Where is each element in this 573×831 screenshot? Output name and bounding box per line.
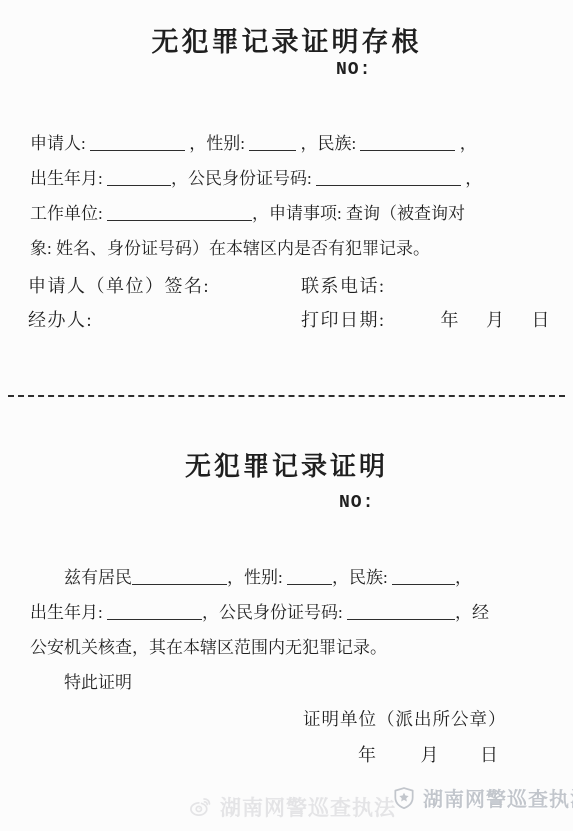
blank-field [107,608,202,620]
form-line: 出生年月: ，公民身份证号码: ， [30,161,553,196]
form-text: ， [461,169,482,188]
certificate-title: 无犯罪记录证明 [0,446,573,483]
form-text: 出生年月: [30,169,107,188]
print-date-row: 打印日期: 年 月 日 [301,306,551,332]
form-text: 公安机关核查，其在本辖区范围内无犯罪记录。 [30,638,387,657]
blank-field [316,174,461,186]
form-line: 出生年月: ，公民身份证号码: ，经 [30,595,553,630]
form-line: 特此证明 [30,665,553,700]
issuing-unit-label: 证明单位（派出所公章） [303,706,507,731]
certificate-serial-number-label: NO: [339,493,374,513]
blank-field [132,573,227,585]
form-text: ，申请事项: 查询（被查询对 [252,204,465,223]
stub-title: 无犯罪记录证明存根 [0,20,573,59]
form-line: 象: 姓名、身份证号码）在本辖区内是否有犯罪记录。 [30,231,553,266]
certificate-form-page: 无犯罪记录证明存根 NO: 申请人: ，性别: ，民族: ，出生年月: ，公民身… [0,0,573,831]
day-label: 日 [532,306,552,332]
contact-phone-label: 联系电话: [301,272,386,298]
year-label: 年 [441,306,461,332]
blank-field [107,174,171,186]
form-text: ，公民身份证号码: [171,169,316,188]
form-line: 工作单位: ，申请事项: 查询（被查询对 [30,196,553,231]
form-text: 象: 姓名、身份证号码）在本辖区内是否有犯罪记录。 [30,239,430,258]
stub-handler-row: 经办人: 打印日期: 年 月 日 [0,306,573,330]
form-text: ，公民身份证号码: [202,603,347,622]
form-text: ， [455,568,472,587]
blank-field [392,573,455,585]
watermark-left: 湖南网警巡查执法 [188,792,396,822]
form-text: ， [455,134,476,153]
form-text: 工作单位: [30,204,107,223]
form-text: 出生年月: [30,603,107,622]
watermark-right: 湖南网警巡查执法 [391,783,573,812]
form-line: 公安机关核查，其在本辖区范围内无犯罪记录。 [30,630,553,665]
day-label: 日 [480,741,498,767]
form-text: ，民族: [332,568,392,587]
form-text: ，经 [455,603,489,622]
blank-field [360,139,455,151]
stub-serial-number-label: NO: [336,60,371,80]
applicant-signature-label: 申请人（单位）签名: [28,272,210,298]
certificate-body-text: 兹有居民，性别: ，民族: ，出生年月: ，公民身份证号码: ，经公安机关核查，… [30,560,553,700]
watermark-right-text: 湖南网警巡查执法 [423,783,573,812]
certificate-date-row: 年 月 日 [358,741,498,767]
police-badge-icon [391,785,417,811]
year-label: 年 [358,741,376,767]
form-line: 申请人: ，性别: ，民族: ， [30,126,553,161]
handler-label: 经办人: [28,306,93,332]
form-text: 特此证明 [30,673,132,692]
blank-field [287,573,332,585]
form-text: 申请人: [30,134,90,153]
weibo-icon [188,794,214,820]
stub-signature-row: 申请人（单位）签名: 联系电话: [0,272,573,296]
form-line: 兹有居民，性别: ，民族: ， [30,560,553,595]
blank-field [347,608,455,620]
blank-field [90,139,185,151]
form-text: 兹有居民 [30,568,132,587]
form-text: ，性别: [227,568,287,587]
dashed-separator [8,395,565,397]
blank-field [249,139,296,151]
stub-body-text: 申请人: ，性别: ，民族: ，出生年月: ，公民身份证号码: ，工作单位: ，… [30,126,553,266]
form-text: ，民族: [296,134,360,153]
print-date-label: 打印日期: [301,310,386,330]
watermark-left-text: 湖南网警巡查执法 [220,792,396,822]
month-label: 月 [421,741,439,767]
form-text: ，性别: [185,134,249,153]
blank-field [107,209,252,221]
month-label: 月 [486,306,506,332]
